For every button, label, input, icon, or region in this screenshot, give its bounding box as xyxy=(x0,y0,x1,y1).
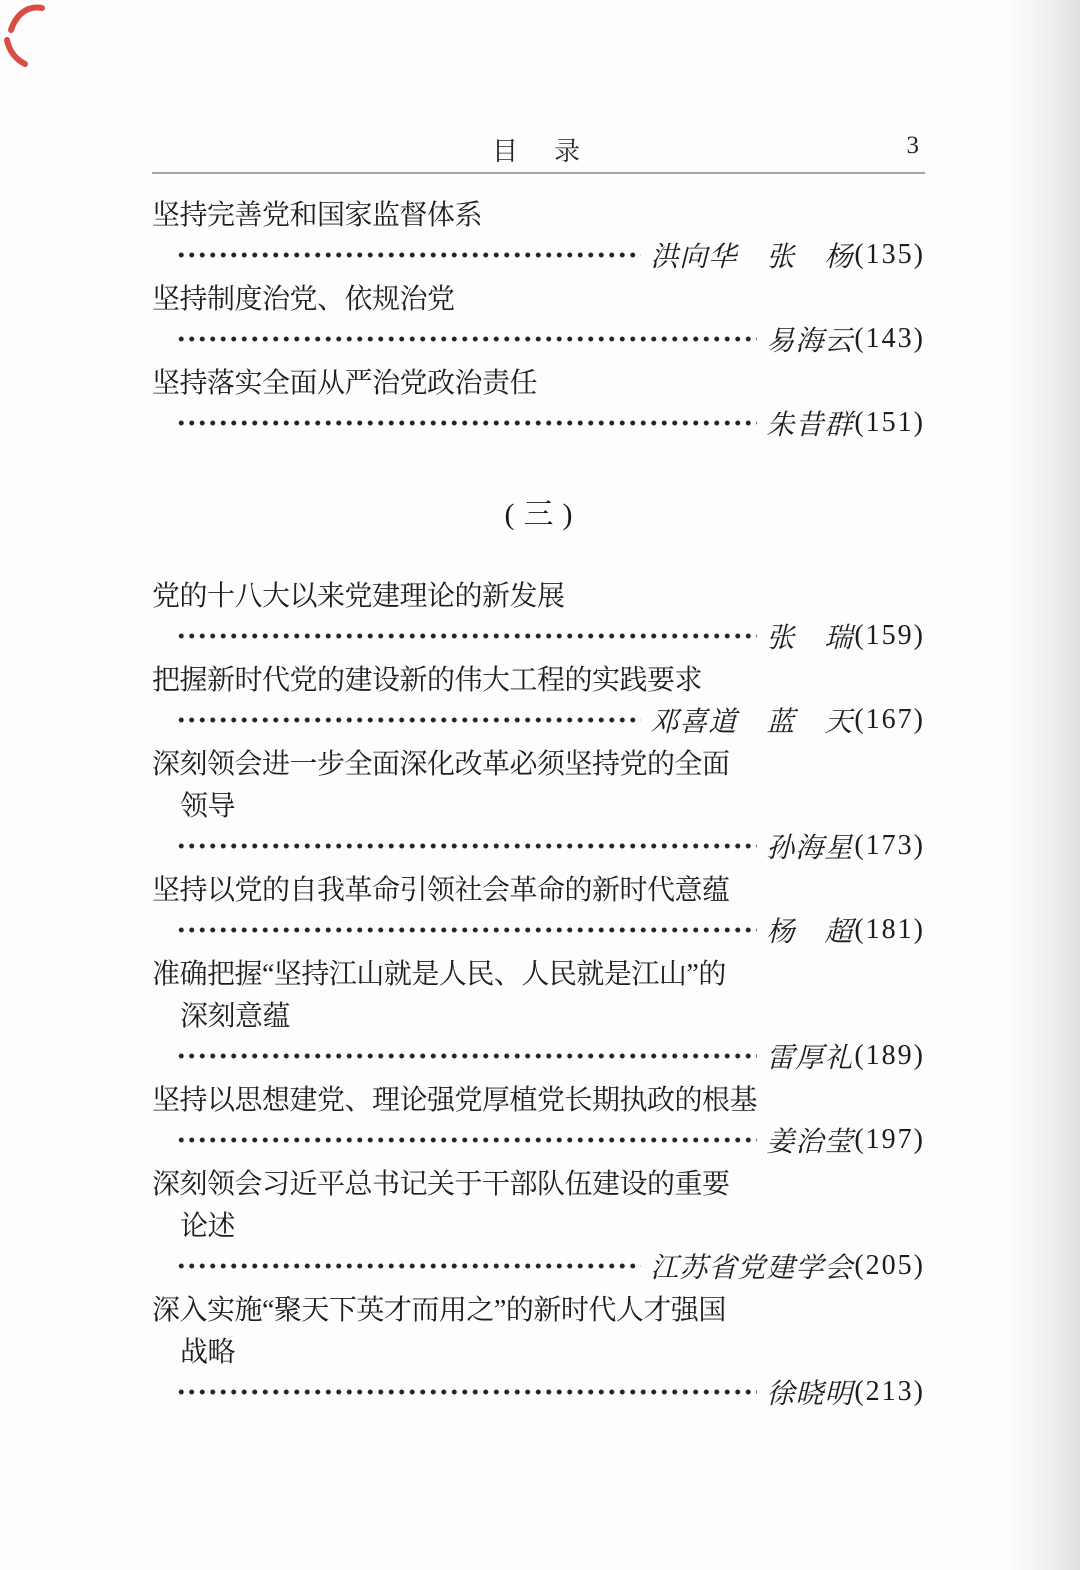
dots-leader xyxy=(176,615,757,657)
dots-leader xyxy=(176,1119,757,1161)
entry-author: 杨 超 xyxy=(766,910,853,950)
dots-leader xyxy=(176,909,757,951)
entry-page-number: (167) xyxy=(853,704,925,736)
entry-title-line: 论述 xyxy=(152,1203,925,1245)
entry-title-line: 领导 xyxy=(152,783,925,825)
header-rule xyxy=(152,172,925,174)
entry-title-line: 战略 xyxy=(152,1329,925,1371)
entry-title-line: 深刻意蕴 xyxy=(152,993,925,1035)
entry-page-number: (197) xyxy=(853,1124,925,1156)
page-content: 目 录 3 坚持完善党和国家监督体系洪向华 张 杨(135)坚持制度治党、依规治… xyxy=(152,0,925,1413)
entry-title-line: 深刻领会进一步全面深化改革必须坚持党的全面 xyxy=(152,741,925,783)
entry-author: 雷厚礼 xyxy=(766,1036,853,1076)
dots-leader xyxy=(176,825,757,867)
dots-leader xyxy=(176,234,641,276)
entry-author: 洪向华 张 杨 xyxy=(650,235,853,275)
entry-title-line: 坚持落实全面从严治党政治责任 xyxy=(152,360,925,402)
entry-page-number: (189) xyxy=(853,1040,925,1072)
entry-title-line: 坚持完善党和国家监督体系 xyxy=(152,192,925,234)
entry-page-number: (181) xyxy=(853,914,925,946)
dots-leader xyxy=(176,318,757,360)
entry-leader-line: 朱昔群(151) xyxy=(152,402,925,444)
scan-edge-shadow xyxy=(1008,0,1080,1570)
dots-leader xyxy=(176,699,641,741)
entry-leader-line: 姜治莹(197) xyxy=(152,1119,925,1161)
entry-page-number: (213) xyxy=(853,1376,925,1408)
entry-author: 易海云 xyxy=(766,319,853,359)
entry-title-line: 党的十八大以来党建理论的新发展 xyxy=(152,573,925,615)
entry-leader-line: 张 瑞(159) xyxy=(152,615,925,657)
entry-page-number: (151) xyxy=(853,407,925,439)
folio-page-number: 3 xyxy=(907,132,920,160)
entry-author: 邓喜道 蓝 天 xyxy=(650,700,853,740)
dots-leader xyxy=(176,1035,757,1077)
entry-page-number: (205) xyxy=(853,1250,925,1282)
entry-leader-line: 洪向华 张 杨(135) xyxy=(152,234,925,276)
entry-title-line: 深刻领会习近平总书记关于干部队伍建设的重要 xyxy=(152,1161,925,1203)
dots-leader xyxy=(176,402,757,444)
entry-title-line: 把握新时代党的建设新的伟大工程的实践要求 xyxy=(152,657,925,699)
dots-leader xyxy=(176,1371,757,1413)
entry-leader-line: 易海云(143) xyxy=(152,318,925,360)
entry-author: 江苏省党建学会 xyxy=(650,1246,853,1286)
dots-leader xyxy=(176,1245,641,1287)
entry-leader-line: 孙海星(173) xyxy=(152,825,925,867)
page-header: 目 录 3 xyxy=(152,131,925,163)
entry-leader-line: 江苏省党建学会(205) xyxy=(152,1245,925,1287)
entry-leader-line: 邓喜道 蓝 天(167) xyxy=(152,699,925,741)
toc-list: 坚持完善党和国家监督体系洪向华 张 杨(135)坚持制度治党、依规治党易海云(1… xyxy=(152,192,925,1413)
entry-page-number: (135) xyxy=(853,239,925,271)
entry-title-line: 坚持以思想建党、理论强党厚植党长期执政的根基 xyxy=(152,1077,925,1119)
entry-author: 徐晓明 xyxy=(766,1372,853,1412)
entry-page-number: (143) xyxy=(853,323,925,355)
entry-title-line: 坚持制度治党、依规治党 xyxy=(152,276,925,318)
entry-title-line: 深入实施“聚天下英才而用之”的新时代人才强国 xyxy=(152,1287,925,1329)
entry-title-line: 准确把握“坚持江山就是人民、人民就是江山”的 xyxy=(152,951,925,993)
entry-author: 朱昔群 xyxy=(766,403,853,443)
entry-page-number: (159) xyxy=(853,620,925,652)
section-header: (三) xyxy=(152,490,925,532)
entry-title-line: 坚持以党的自我革命引领社会革命的新时代意蕴 xyxy=(152,867,925,909)
entry-leader-line: 杨 超(181) xyxy=(152,909,925,951)
entry-leader-line: 徐晓明(213) xyxy=(152,1371,925,1413)
entry-author: 姜治莹 xyxy=(766,1120,853,1160)
entry-page-number: (173) xyxy=(853,830,925,862)
entry-author: 张 瑞 xyxy=(766,616,853,656)
entry-author: 孙海星 xyxy=(766,826,853,866)
red-pen-mark-icon xyxy=(2,0,54,70)
toc-heading: 目 录 xyxy=(152,131,925,168)
scanned-toc-page: 目 录 3 坚持完善党和国家监督体系洪向华 张 杨(135)坚持制度治党、依规治… xyxy=(0,0,1080,1570)
entry-leader-line: 雷厚礼(189) xyxy=(152,1035,925,1077)
